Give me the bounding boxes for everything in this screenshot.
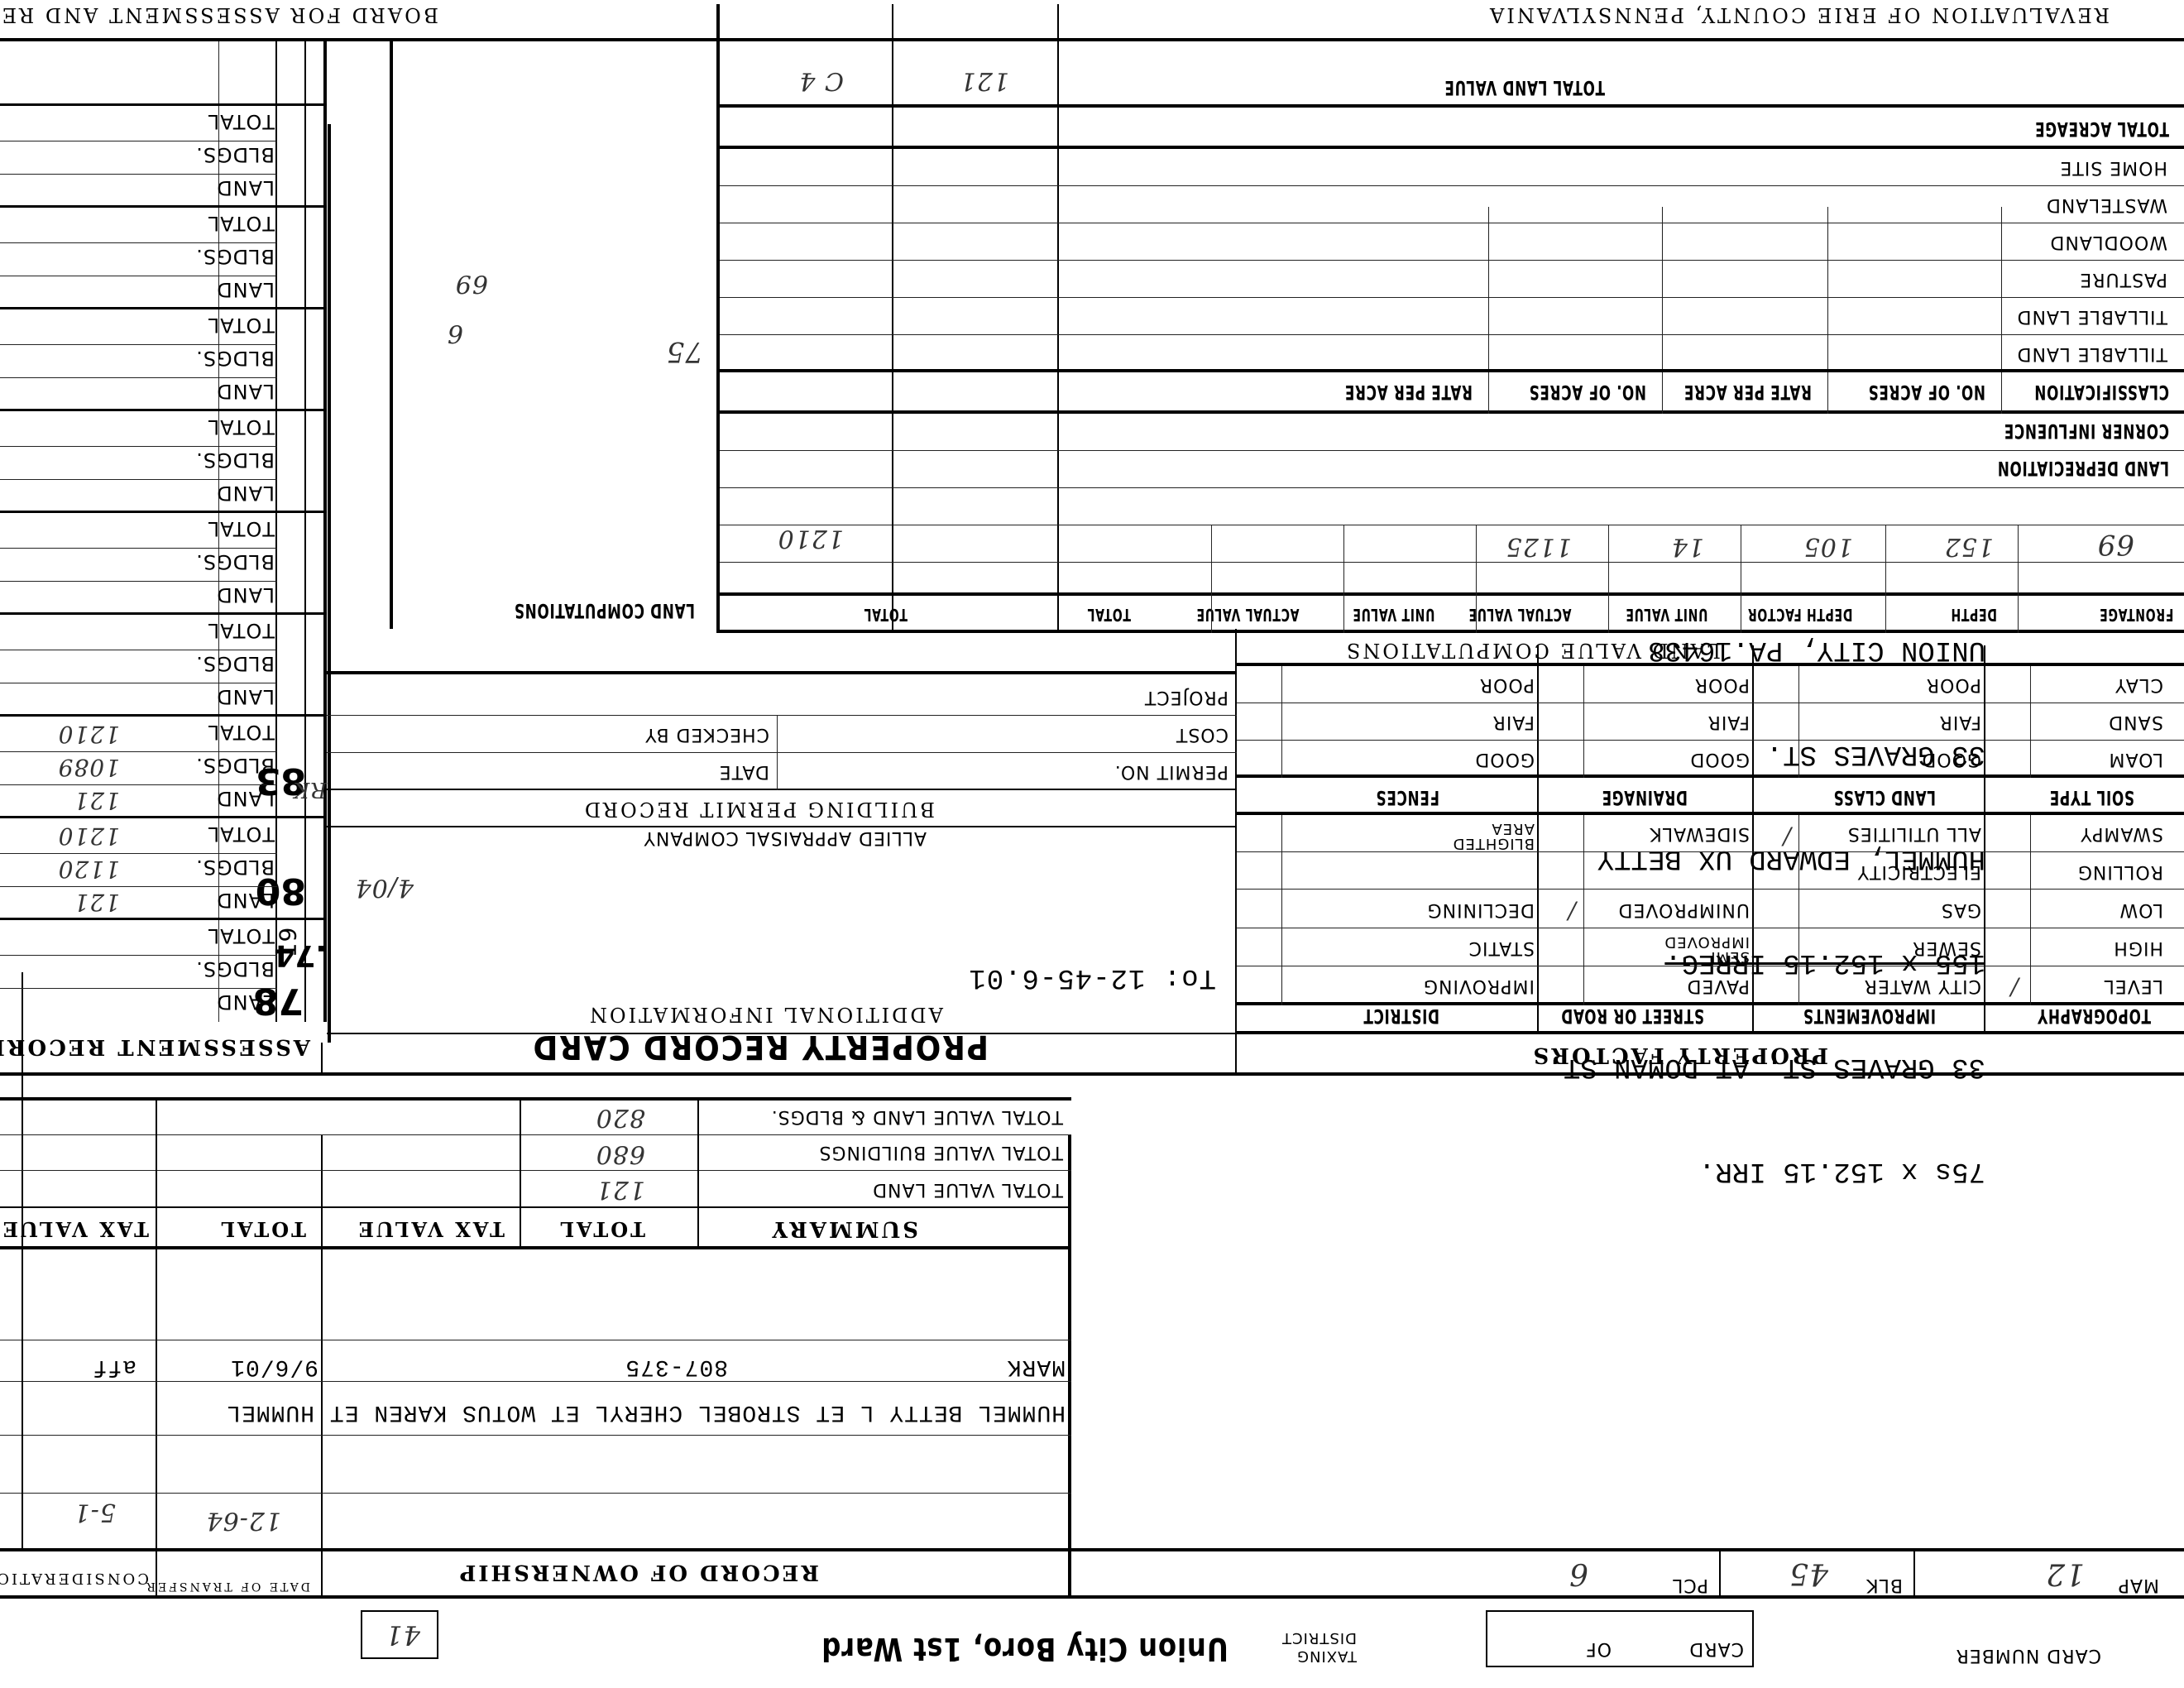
blk-label: BLK — [1865, 1575, 1903, 1595]
pcl-label: PCL — [1672, 1575, 1708, 1595]
year-stamp: 78 — [253, 980, 304, 1022]
factor-unimproved[interactable]: UNIMPROVED — [1618, 899, 1750, 920]
permit-cost-label: COST — [1176, 724, 1228, 745]
actual-value: 1125 — [1506, 532, 1572, 561]
check-unimproved: / — [1568, 898, 1576, 925]
permit-checked-by-label: CHECKED BY — [644, 724, 769, 745]
unit-value: 14 — [1671, 532, 1704, 561]
factor-city-water[interactable]: CITY WATER — [1864, 976, 1981, 996]
factor-sewer[interactable]: SEWER — [1912, 938, 1981, 958]
factor-blighted-area[interactable]: BLIGHTED AREA — [1435, 821, 1535, 851]
assessment-block: LAND BLDGS. TOTAL — [0, 205, 327, 309]
check-all-utilities: / — [1783, 823, 1791, 851]
fences-fair[interactable]: FAIR — [1492, 712, 1535, 732]
owner-row-3-book: 807-375 — [625, 1354, 728, 1379]
taxing-district-label: TAXING DISTRICT — [1233, 1628, 1357, 1665]
land-value-header-row: FRONTAGE DEPTH DEPTH FACTOR UNIT VALUE A… — [720, 596, 2184, 633]
county-title: REVALUATION OF ERIE COUNTY, PENNSYLVANIA — [1487, 3, 2110, 26]
class-total-acreage: TOTAL ACREAGE — [2034, 117, 2169, 141]
corner-influence-label: CORNER INFLUENCE — [2004, 420, 2169, 443]
land-computations-note-3: 6 — [447, 319, 463, 348]
factor-header-improvements: IMPROVEMENTS — [1803, 1005, 1936, 1028]
card-of-box: CARD OF — [1486, 1610, 1754, 1667]
drainage-fair[interactable]: FAIR — [1707, 712, 1750, 732]
year-stamp: 80 — [256, 870, 306, 912]
class-woodland: WOODLAND — [2049, 232, 2167, 252]
class-wasteland: WASTELAND — [2046, 194, 2167, 215]
mailing-street: 33 GRAVES ST. — [1547, 736, 1986, 771]
rate-per-acre-header-1: RATE PER ACRE — [1683, 381, 1812, 404]
total-land-value-2: C 4 — [798, 66, 844, 95]
land-depreciation-label: LAND DEPRECIATION — [1997, 457, 2169, 480]
additional-info-value: To: 12-45-6.01 — [968, 961, 1216, 993]
box-number: 41 — [361, 1610, 438, 1659]
total-land-value-1: 121 — [960, 66, 1009, 95]
rate-per-acre-header-2: RATE PER ACRE — [1344, 381, 1473, 404]
class-tillable-1: TILLABLE LAND — [2017, 343, 2167, 364]
owner-row-1-consideration: 5-1 — [74, 1498, 116, 1527]
factor-electricity[interactable]: ELECTRICITY — [1857, 861, 1981, 882]
pcl-value: 6 — [1569, 1556, 1588, 1590]
factor-gas[interactable]: GAS — [1941, 899, 1981, 920]
summary-row-buildings: TOTAL VALUE BUILDINGS — [819, 1142, 1063, 1163]
board-title: BOARD FOR ASSESSMENT AND REVISION OF TAX… — [0, 3, 438, 26]
fences-poor[interactable]: POOR — [1479, 674, 1535, 695]
assessment-block: LAND BLDGS. TOTAL 80 121 1120 1210 — [0, 816, 327, 920]
land-class-good[interactable]: GOOD — [1921, 749, 1981, 770]
soil-sand[interactable]: SAND — [2108, 712, 2163, 732]
factor-low[interactable]: LOW — [2119, 899, 2163, 920]
land-class-fair[interactable]: FAIR — [1939, 712, 1981, 732]
property-record-card: BOARD FOR ASSESSMENT AND REVISION OF TAX… — [0, 0, 2184, 1688]
summary-buildings-total: 680 — [596, 1139, 645, 1168]
factor-header-soil: SOIL TYPE — [2049, 786, 2134, 809]
summary-title: SUMMARY — [769, 1216, 918, 1241]
factor-high[interactable]: HIGH — [2113, 938, 2163, 958]
owner-row-2-name: HUMMEL BETTY L ET STROBEL CHERYL ET WOTU… — [226, 1399, 1066, 1425]
factor-semi-improved[interactable]: SEMI-IMPROVED — [1650, 934, 1750, 964]
blk-value: 45 — [1789, 1556, 1828, 1590]
fences-good[interactable]: GOOD — [1474, 749, 1535, 770]
summary-col-tax-2: TAX VALUE — [1, 1217, 149, 1241]
permit-project-label: PROJECT — [1144, 687, 1228, 707]
factor-header-fences: FENCES — [1376, 786, 1439, 809]
depth-value: 152 — [1944, 532, 1994, 561]
factor-rolling[interactable]: ROLLING — [2077, 861, 2163, 882]
assessment-block: LAND BLDGS. TOTAL — [0, 307, 327, 411]
drainage-good[interactable]: GOOD — [1689, 749, 1750, 770]
assessment-block: LAND BLDGS. TOTAL 83 RK 121 1089 1210 — [0, 714, 327, 818]
of-label: OF — [1585, 1638, 1612, 1659]
no-of-acres-header-2: NO. OF ACRES — [1529, 381, 1646, 404]
owner-row-3-consideration: aff — [93, 1354, 136, 1379]
land-total-value: 1210 — [778, 524, 844, 553]
class-tillable-2: TILLABLE LAND — [2017, 306, 2167, 327]
factor-swampy[interactable]: SWAMPY — [2080, 823, 2163, 844]
land-value-computations-title: LAND VALUE COMPUTATIONS — [1344, 639, 1721, 662]
land-computations-note-1: 75 — [666, 335, 703, 368]
soil-clay[interactable]: CLAY — [2115, 674, 2163, 695]
summary-land-total: 121 — [596, 1175, 645, 1204]
assessment-block: LAND BLDGS. TOTAL 19 78 .74 — [0, 918, 327, 1022]
drainage-poor[interactable]: POOR — [1694, 674, 1750, 695]
factor-paved[interactable]: PAVED — [1687, 976, 1750, 996]
card-label: CARD — [1688, 1638, 1744, 1659]
factor-header-topography: TOPOGRAPHY — [2037, 1005, 2151, 1028]
check-level: / — [2010, 974, 2019, 1001]
factor-static[interactable]: STATIC — [1468, 938, 1535, 958]
date-of-transfer-label: DATE OF TRANSFER — [144, 1580, 310, 1593]
assessment-block: LAND BLDGS. TOTAL — [0, 103, 327, 208]
owner-row-1-date: 12-64 — [206, 1506, 281, 1535]
assessment-block: LAND BLDGS. TOTAL — [0, 409, 327, 513]
map-value: 12 — [2045, 1556, 2085, 1590]
factor-header-district: DISTRICT — [1363, 1005, 1439, 1028]
permit-date-label: DATE — [719, 761, 769, 782]
additional-info-title: ADDITIONAL INFORMATION — [587, 1003, 943, 1026]
total-land-value-label: TOTAL LAND VALUE — [1444, 76, 1605, 99]
factor-all-utilities[interactable]: ALL UTILITIES — [1847, 823, 1981, 844]
taxing-district-value: Union City Boro, 1st Ward — [821, 1631, 1228, 1667]
owner-row-3-date: 9/6/01 — [230, 1354, 318, 1379]
owner-row-3-name: MARK — [1007, 1354, 1066, 1379]
summary-land-bldgs-total: 820 — [596, 1103, 645, 1132]
summary-col-total-1: TOTAL — [558, 1217, 645, 1241]
class-home-site: HOME SITE — [2059, 157, 2167, 178]
factor-header-drainage: DRAINAGE — [1602, 786, 1688, 809]
factor-declining[interactable]: DECLINING — [1427, 899, 1535, 920]
land-class-poor[interactable]: POOR — [1926, 674, 1981, 695]
summary-col-tax-1: TAX VALUE — [357, 1217, 505, 1241]
class-pasture: PASTURE — [2079, 269, 2167, 290]
factor-header-land-class: LAND CLASS — [1833, 786, 1936, 809]
no-of-acres-header-1: NO. OF ACRES — [1868, 381, 1985, 404]
map-label: MAP — [2118, 1575, 2159, 1595]
summary-col-total-2: TOTAL — [218, 1217, 306, 1241]
assessment-block: LAND BLDGS. TOTAL — [0, 612, 327, 717]
depth-factor-value: 105 — [1803, 532, 1853, 561]
card-number-label: CARD NUMBER — [2019, 1645, 2101, 1665]
frontage-value: 69 — [2097, 528, 2134, 561]
address-line-1: 75s x 152.15 IRR. — [1547, 1153, 1986, 1188]
factor-header-street: STREET OR ROAD — [1561, 1005, 1704, 1028]
handwritten-notes: 4/04 — [355, 873, 414, 902]
side-stamp: .74 — [274, 938, 327, 972]
building-permit-title: BUILDING PERMIT RECORD — [582, 798, 935, 821]
summary-row-land-bldgs: TOTAL VALUE LAND & BLDGS. — [771, 1106, 1063, 1127]
summary-row-land: TOTAL VALUE LAND — [872, 1179, 1063, 1200]
appraiser-name: ALLIED APPRAISAL COMPANY — [643, 827, 927, 848]
land-computations-note-2: 69 — [455, 269, 488, 298]
land-computations-title: LAND COMPUTATIONS — [514, 599, 695, 622]
classification-header: CLASSIFICATION — [2034, 381, 2169, 404]
permit-no-label: PERMIT NO. — [1114, 761, 1228, 782]
factor-sidewalk[interactable]: SIDEWALK — [1649, 823, 1750, 844]
assessment-block: LAND BLDGS. TOTAL — [0, 511, 327, 615]
factor-improving[interactable]: IMPROVING — [1423, 976, 1535, 996]
address-block: 75s x 152.15 IRR. 33 GRAVES ST. AT DOMAN… — [1547, 563, 1986, 1258]
factor-level[interactable]: LEVEL — [2104, 976, 2163, 996]
property-factors-title: PROPERTY FACTORS — [1531, 1043, 1828, 1067]
soil-loam[interactable]: LOAM — [2109, 749, 2163, 770]
consideration-label: CONSIDERATION — [0, 1570, 149, 1587]
assessment-record-title: ASSESSMENT RECORD — [0, 1034, 310, 1059]
ownership-title: RECORD OF OWNERSHIP — [457, 1560, 819, 1585]
